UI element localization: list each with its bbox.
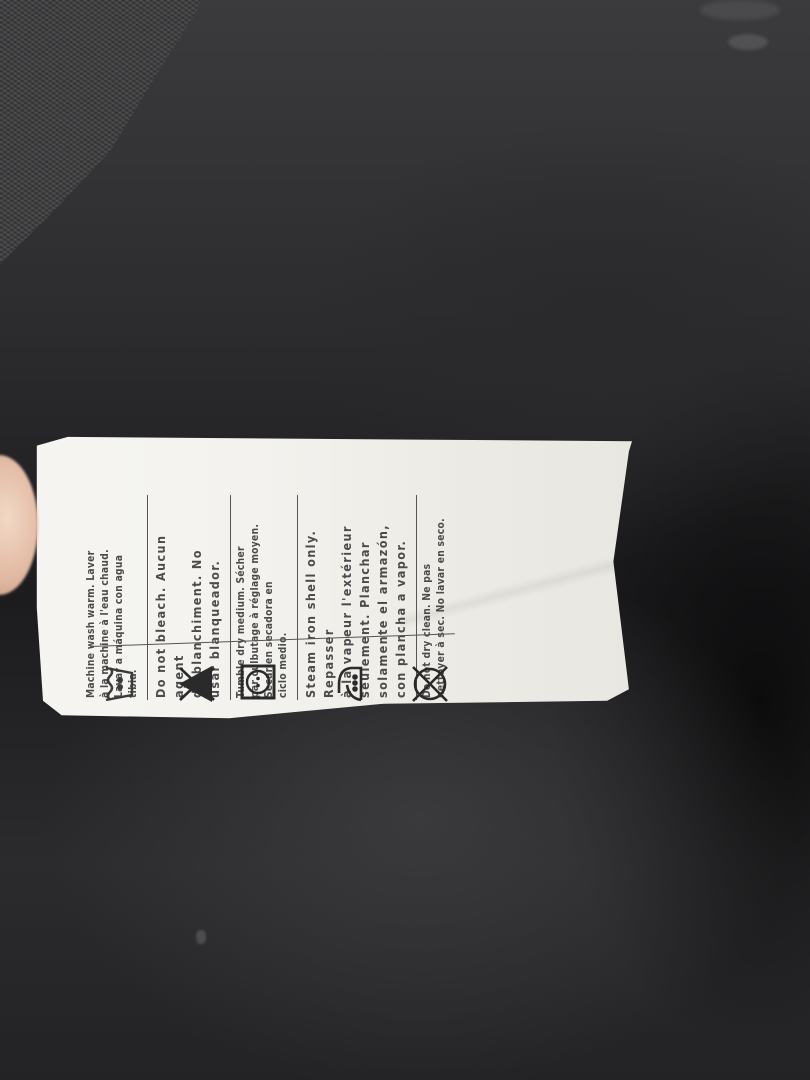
fabric-fragment bbox=[728, 34, 768, 50]
machine-wash-warm-icon bbox=[98, 662, 138, 706]
fabric-fragment bbox=[700, 0, 780, 20]
steam-iron-icon bbox=[330, 662, 368, 706]
fingertip bbox=[0, 455, 38, 595]
lint-speck bbox=[196, 930, 206, 944]
tumble-dry-medium-icon bbox=[238, 662, 278, 702]
do-not-dry-clean-icon bbox=[408, 662, 452, 706]
knit-fabric bbox=[0, 0, 210, 300]
do-not-bleach-icon bbox=[174, 662, 218, 706]
care-symbol-row bbox=[92, 662, 472, 712]
